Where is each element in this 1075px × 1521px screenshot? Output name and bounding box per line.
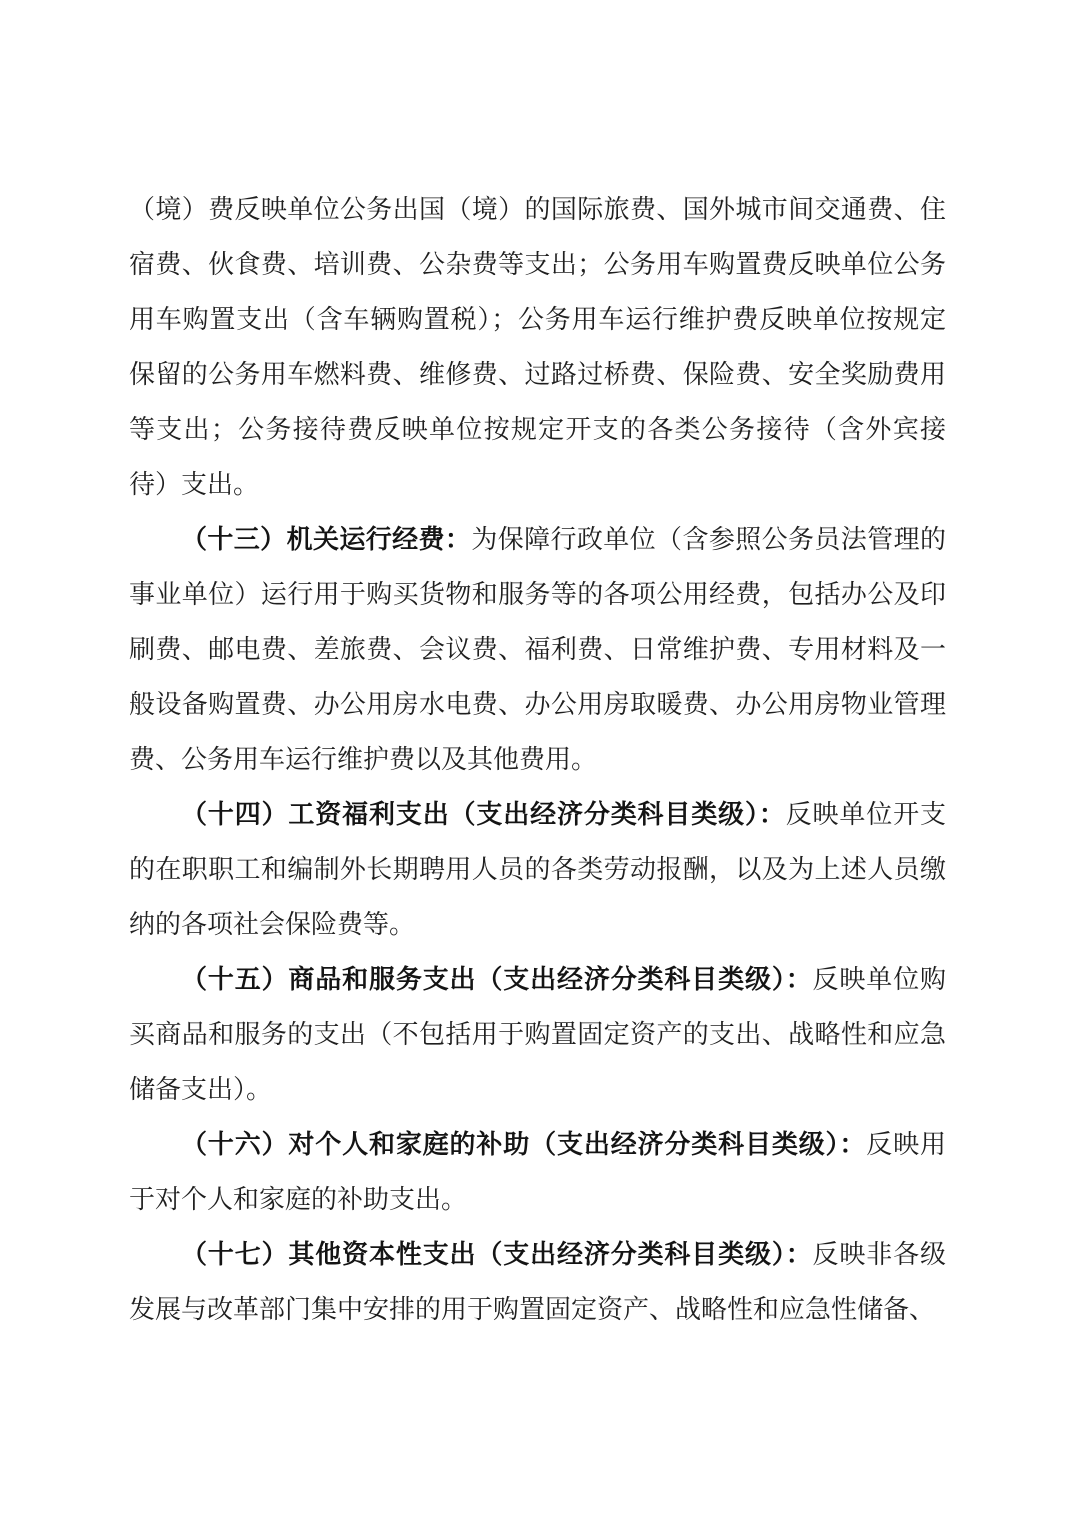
clause-17-heading: （十七）其他资本性支出（支出经济分类科目类级）： (181, 1240, 813, 1269)
clause-13-body: 为保障行政单位（含参照公务员法管理的事业单位）运行用于购买货物和服务等的各项公用… (129, 525, 946, 774)
body-text: （境）费反映单位公务出国（境）的国际旅费、国外城市间交通费、住宿费、伙食费、培训… (129, 195, 946, 499)
paragraph-item-13: （十三）机关运行经费：为保障行政单位（含参照公务员法管理的事业单位）运行用于购买… (129, 512, 946, 787)
paragraph-item-14: （十四）工资福利支出（支出经济分类科目类级）：反映单位开支的在职职工和编制外长期… (129, 787, 946, 952)
clause-14-heading: （十四）工资福利支出（支出经济分类科目类级）： (181, 800, 786, 829)
paragraph-item-16: （十六）对个人和家庭的补助（支出经济分类科目类级）：反映用于对个人和家庭的补助支… (129, 1117, 946, 1227)
paragraph-item-17: （十七）其他资本性支出（支出经济分类科目类级）：反映非各级发展与改革部门集中安排… (129, 1227, 946, 1337)
clause-13-heading: （十三）机关运行经费： (181, 525, 471, 554)
document-body: （境）费反映单位公务出国（境）的国际旅费、国外城市间交通费、住宿费、伙食费、培训… (129, 182, 946, 1337)
paragraph-continuation: （境）费反映单位公务出国（境）的国际旅费、国外城市间交通费、住宿费、伙食费、培训… (129, 182, 946, 512)
clause-16-heading: （十六）对个人和家庭的补助（支出经济分类科目类级）： (181, 1130, 866, 1159)
paragraph-item-15: （十五）商品和服务支出（支出经济分类科目类级）：反映单位购买商品和服务的支出（不… (129, 952, 946, 1117)
clause-15-heading: （十五）商品和服务支出（支出经济分类科目类级）： (181, 965, 813, 994)
document-page: （境）费反映单位公务出国（境）的国际旅费、国外城市间交通费、住宿费、伙食费、培训… (0, 0, 1075, 1521)
